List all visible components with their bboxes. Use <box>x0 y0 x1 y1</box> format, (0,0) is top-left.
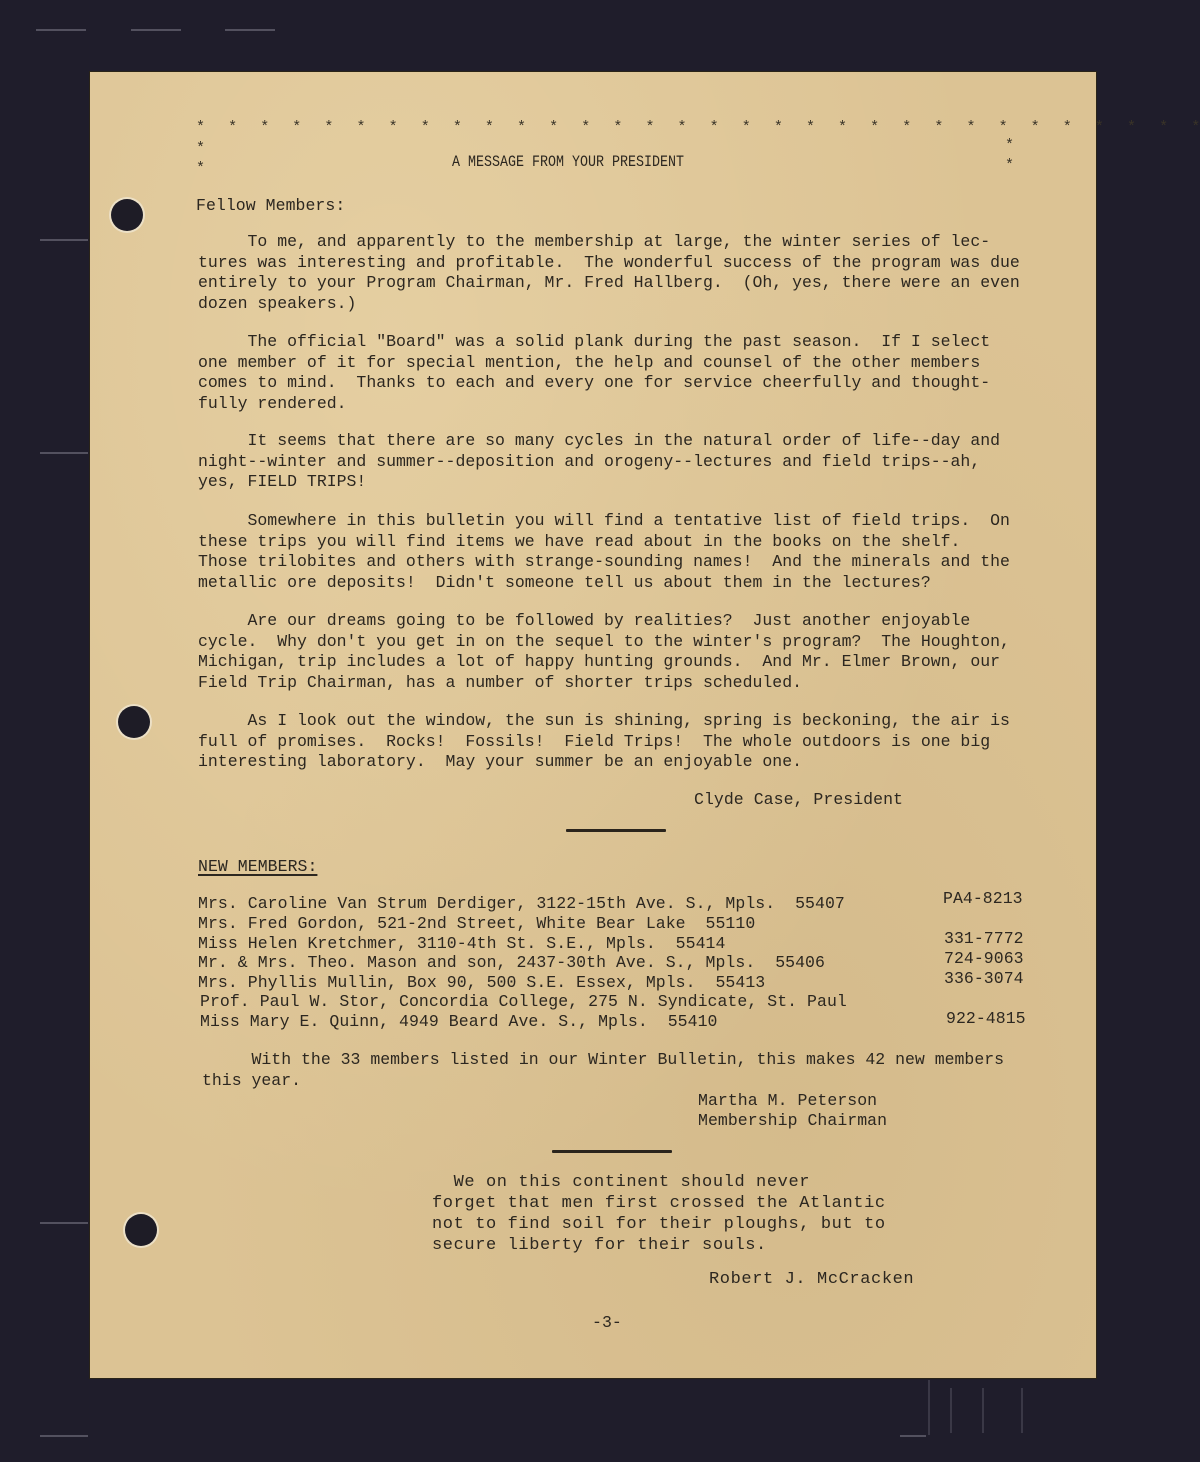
paragraph-line: yes, FIELD TRIPS! <box>198 472 1028 493</box>
quote-author: Robert J. McCracken <box>709 1270 914 1291</box>
membership-signature-name: Martha M. Peterson <box>698 1091 877 1112</box>
quote-line: secure liberty for their souls. <box>432 1235 872 1256</box>
paragraph-line: night--winter and summer--deposition and… <box>198 452 1028 473</box>
section-divider <box>552 1150 672 1153</box>
header-star-right: * <box>1005 137 1014 154</box>
hole-punch <box>118 706 150 738</box>
paragraph: The official "Board" was a solid plank d… <box>198 332 1028 414</box>
header-star-left: * <box>196 160 205 177</box>
backdrop-mark <box>40 239 88 241</box>
member-phone: PA4-8213 <box>943 889 1023 910</box>
paragraph-line: It seems that there are so many cycles i… <box>198 431 1028 452</box>
salutation: Fellow Members: <box>196 196 345 217</box>
paragraph-line: Michigan, trip includes a lot of happy h… <box>198 652 1028 673</box>
paragraph-line: Are our dreams going to be followed by r… <box>198 611 1028 632</box>
member-phone: 331-7772 <box>944 929 1024 950</box>
header-star-border: * * * * * * * * * * * * * * * * * * * * … <box>196 119 1200 136</box>
backdrop-mark <box>40 1222 88 1224</box>
closing-quote: We on this continent should never forget… <box>432 1172 872 1256</box>
backdrop-mark <box>131 29 181 31</box>
member-entry: Miss Helen Kretchmer, 3110-4th St. S.E.,… <box>198 934 725 955</box>
member-entry: Mrs. Fred Gordon, 521-2nd Street, White … <box>198 914 755 935</box>
paragraph-line: To me, and apparently to the membership … <box>198 232 1028 253</box>
members-summary: With the 33 members listed in our Winter… <box>202 1050 1032 1091</box>
hole-punch <box>111 199 143 231</box>
backdrop-mark <box>40 1435 88 1437</box>
paragraph: To me, and apparently to the membership … <box>198 232 1028 314</box>
paragraph-line: entirely to your Program Chairman, Mr. F… <box>198 273 1028 294</box>
backdrop-mark <box>36 29 86 31</box>
quote-line: We on this continent should never <box>432 1172 872 1193</box>
president-signature: Clyde Case, President <box>694 790 903 811</box>
paragraph-line: dozen speakers.) <box>198 294 1028 315</box>
page-number: -3- <box>592 1313 622 1334</box>
header-star-right: * <box>1005 157 1014 174</box>
membership-signature-title: Membership Chairman <box>698 1111 887 1132</box>
page-title: A MESSAGE FROM YOUR PRESIDENT <box>452 153 684 171</box>
paragraph-line: cycle. Why don't you get in on the seque… <box>198 632 1028 653</box>
member-entry: Mrs. Phyllis Mullin, Box 90, 500 S.E. Es… <box>198 973 765 994</box>
paragraph-line: these trips you will find items we have … <box>198 532 1028 553</box>
new-members-heading: NEW MEMBERS: <box>198 857 317 878</box>
backdrop-mark <box>950 1388 952 1433</box>
summary-line: With the 33 members listed in our Winter… <box>202 1050 1032 1071</box>
paragraph: Somewhere in this bulletin you will find… <box>198 511 1028 593</box>
paragraph-line: As I look out the window, the sun is shi… <box>198 711 1028 732</box>
paragraph-line: Field Trip Chairman, has a number of sho… <box>198 673 1028 694</box>
backdrop-mark <box>982 1388 984 1433</box>
summary-line: this year. <box>202 1071 1032 1092</box>
member-entry: Prof. Paul W. Stor, Concordia College, 2… <box>200 992 847 1013</box>
paragraph: As I look out the window, the sun is shi… <box>198 711 1028 773</box>
quote-line: not to find soil for their ploughs, but … <box>432 1214 872 1235</box>
paragraph-line: interesting laboratory. May your summer … <box>198 752 1028 773</box>
member-entry: Mr. & Mrs. Theo. Mason and son, 2437-30t… <box>198 953 825 974</box>
paragraph-line: The official "Board" was a solid plank d… <box>198 332 1028 353</box>
paragraph-line: tures was interesting and profitable. Th… <box>198 253 1028 274</box>
backdrop-mark <box>40 452 88 454</box>
paragraph-line: Those trilobites and others with strange… <box>198 552 1028 573</box>
paragraph-line: one member of it for special mention, th… <box>198 353 1028 374</box>
member-phone: 922-4815 <box>946 1009 1026 1030</box>
backdrop-mark <box>225 29 275 31</box>
paragraph: It seems that there are so many cycles i… <box>198 431 1028 493</box>
paragraph-line: comes to mind. Thanks to each and every … <box>198 373 1028 394</box>
member-entry: Mrs. Caroline Van Strum Derdiger, 3122-1… <box>198 894 845 915</box>
paragraph-line: full of promises. Rocks! Fossils! Field … <box>198 732 1028 753</box>
member-phone: 336-3074 <box>944 969 1024 990</box>
paragraph-line: Somewhere in this bulletin you will find… <box>198 511 1028 532</box>
member-entry: Miss Mary E. Quinn, 4949 Beard Ave. S., … <box>200 1012 717 1033</box>
paragraph-line: fully rendered. <box>198 394 1028 415</box>
backdrop-mark <box>928 1380 930 1435</box>
paragraph-line: metallic ore deposits! Didn't someone te… <box>198 573 1028 594</box>
backdrop-mark <box>1021 1388 1023 1433</box>
section-divider <box>566 829 666 832</box>
backdrop-mark <box>900 1435 926 1437</box>
member-phone: 724-9063 <box>944 949 1024 970</box>
quote-line: forget that men first crossed the Atlant… <box>432 1193 872 1214</box>
header-star-left: * <box>196 140 205 157</box>
hole-punch <box>125 1214 157 1246</box>
paragraph: Are our dreams going to be followed by r… <box>198 611 1028 693</box>
